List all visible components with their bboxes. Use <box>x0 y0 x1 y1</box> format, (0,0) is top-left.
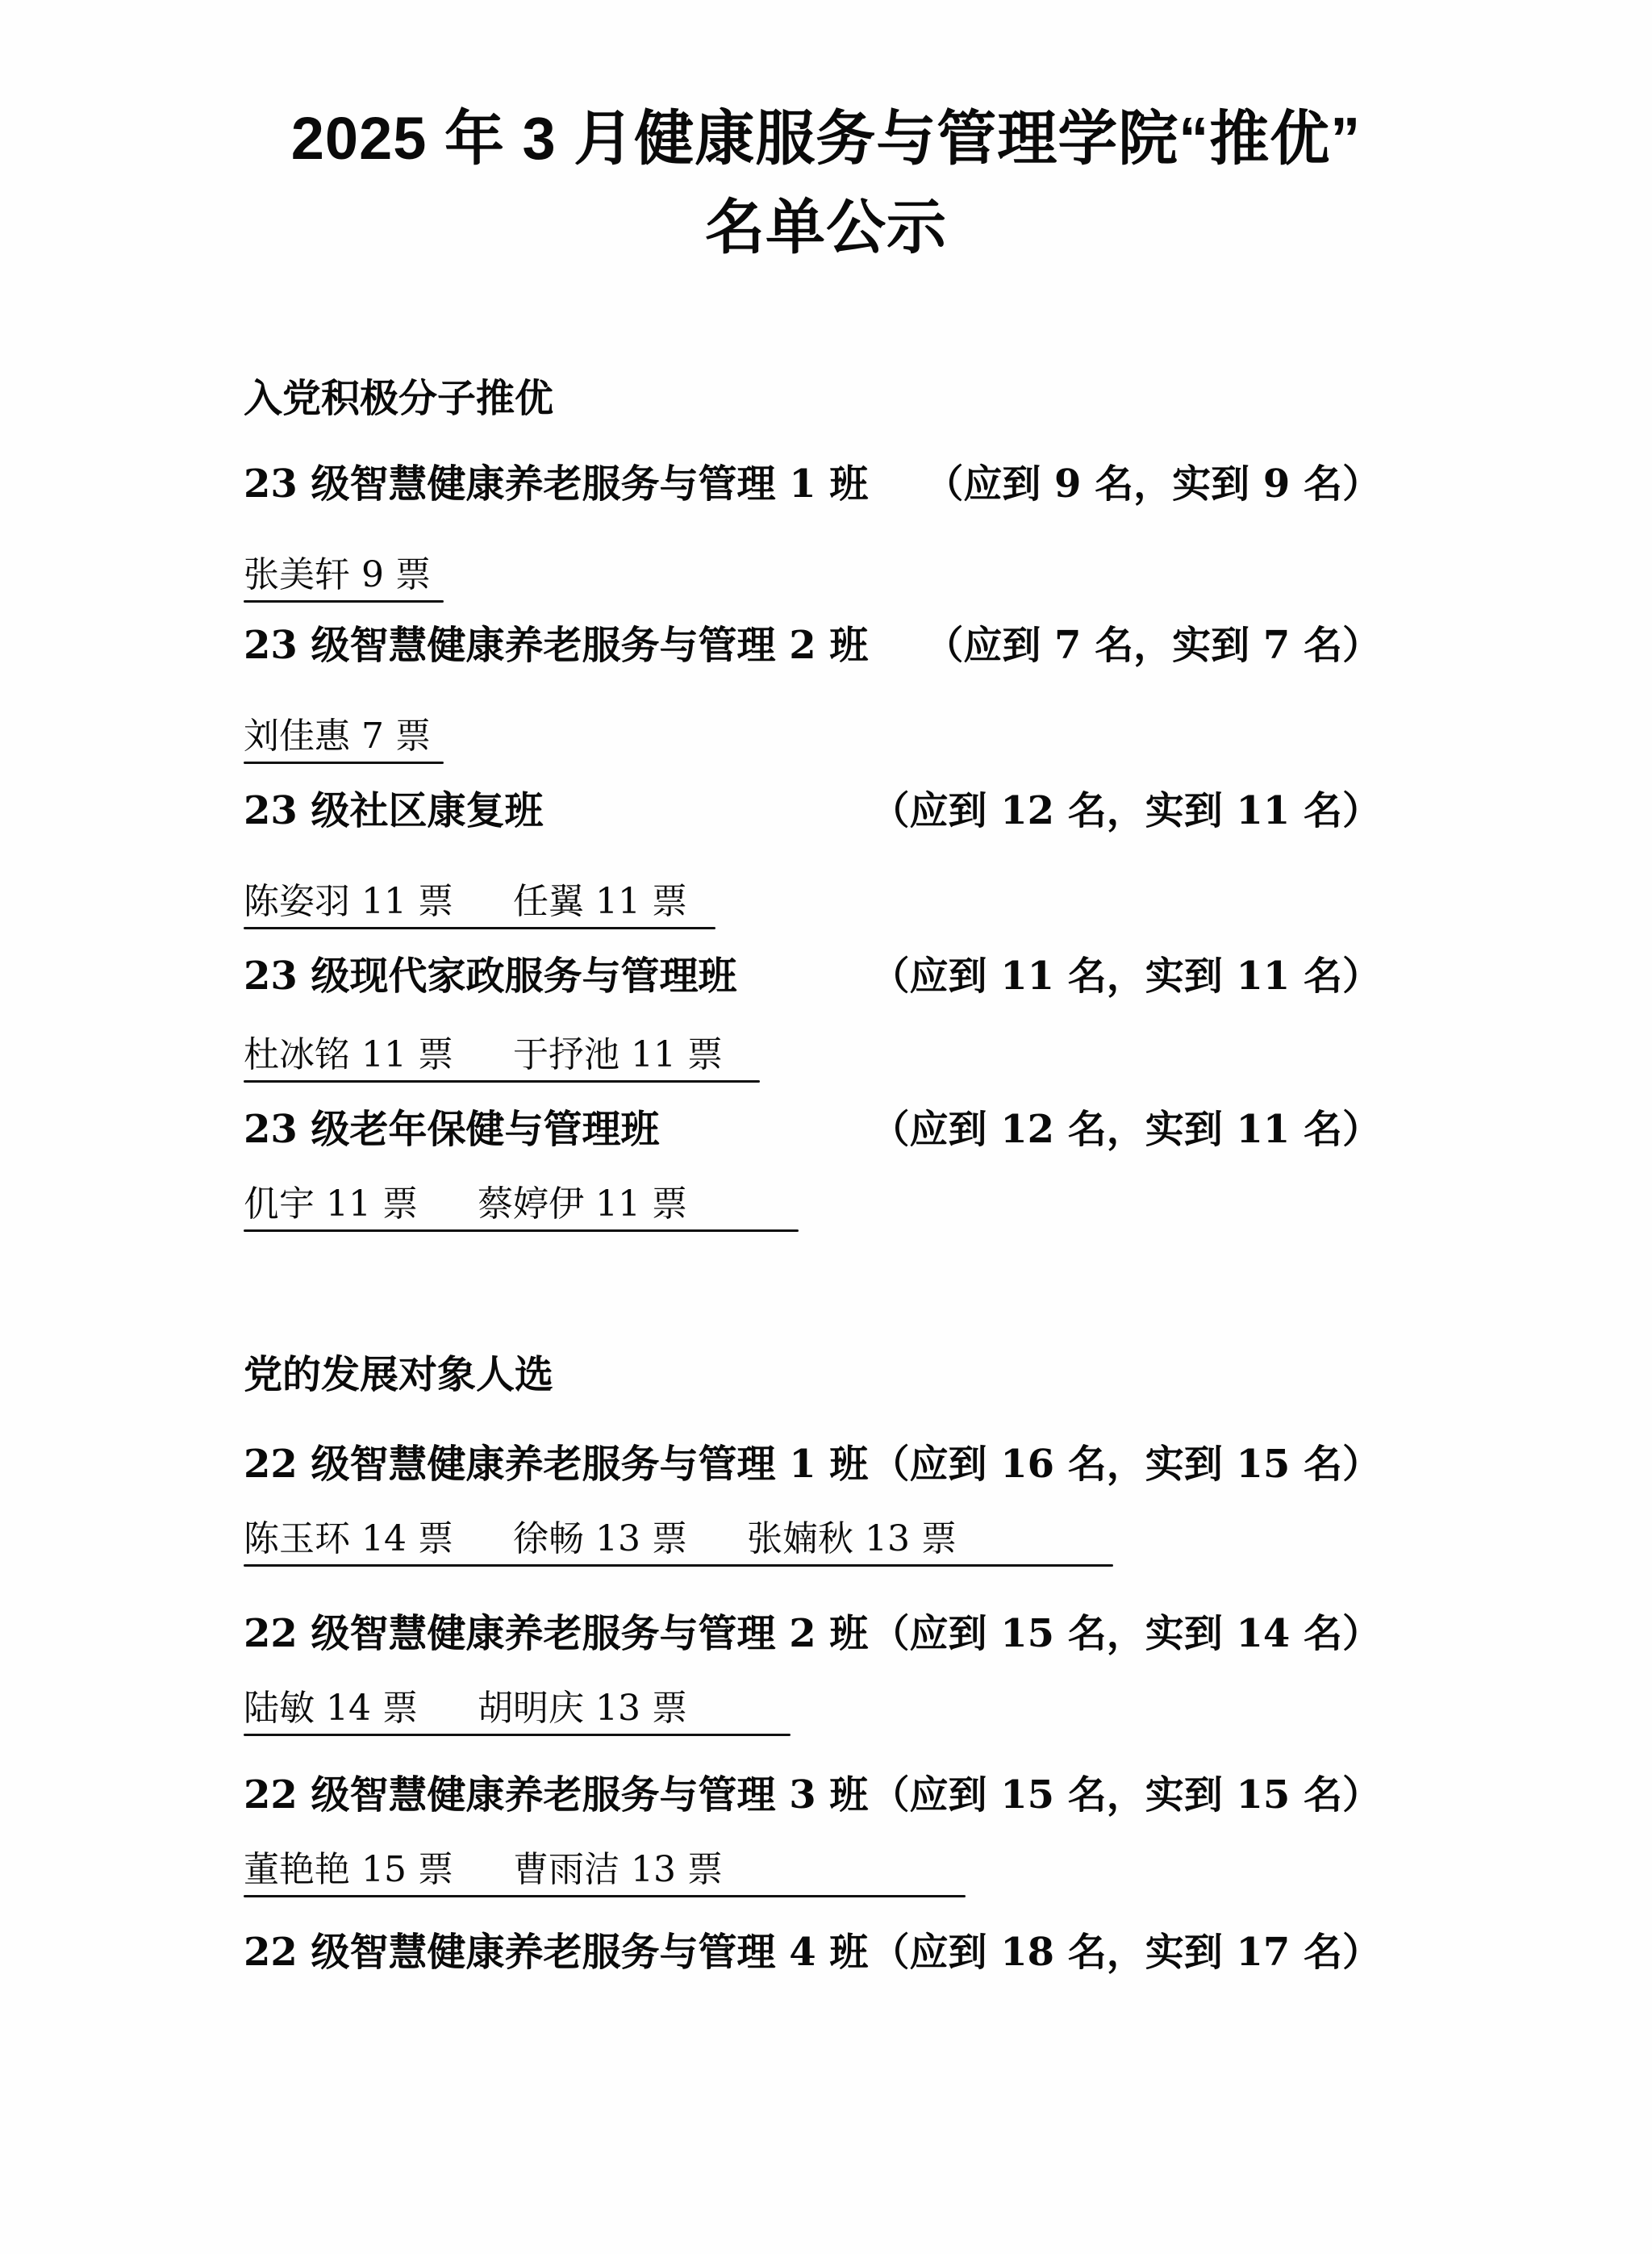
underline <box>244 1080 760 1083</box>
attendance-count: （应到 12 名，实到 11 名） <box>871 1105 1381 1154</box>
underline <box>244 1895 966 1897</box>
attendance-count: （应到 15 名，实到 15 名） <box>871 1771 1381 1819</box>
nominee: 张美轩9 票 <box>244 553 431 598</box>
nominee-name: 张美轩 <box>244 554 350 595</box>
underline <box>244 927 715 929</box>
class-name: 22 级智慧健康养老服务与管理 3 班 <box>244 1771 868 1819</box>
nominee-list: 仉宇11 票 蔡婷伊11 票 <box>244 1182 736 1227</box>
attendance-count: （应到 12 名，实到 11 名） <box>871 787 1381 835</box>
class-name: 23 级智慧健康养老服务与管理 2 班 <box>244 621 868 670</box>
class-row: 23 级现代家政服务与管理班 （应到 11 名，实到 11 名） <box>244 952 1381 1000</box>
nominee: 陈玉环14 票 <box>244 1517 453 1562</box>
nominee-votes: 13 票 <box>631 1849 723 1890</box>
nominee-votes: 11 票 <box>631 1034 723 1075</box>
nominee: 徐畅13 票 <box>513 1517 687 1562</box>
nominee: 任翼11 票 <box>513 879 687 925</box>
nominee: 胡明庆13 票 <box>478 1686 687 1731</box>
nominee-votes: 13 票 <box>595 1688 687 1729</box>
nominee-list: 陆敏14 票 胡明庆13 票 <box>244 1686 736 1731</box>
underline <box>244 762 444 764</box>
nominee-votes: 7 票 <box>361 716 431 757</box>
nominee-name: 徐畅 <box>513 1518 584 1559</box>
nominee: 仉宇11 票 <box>244 1182 418 1227</box>
class-row: 22 级智慧健康养老服务与管理 1 班 （应到 16 名，实到 15 名） <box>244 1440 1381 1488</box>
nominee-list: 刘佳惠7 票 <box>244 714 479 759</box>
nominee: 陈姿羽11 票 <box>244 879 453 925</box>
class-name: 23 级老年保健与管理班 <box>244 1105 660 1154</box>
nominee-votes: 11 票 <box>326 1183 418 1225</box>
nominee-votes: 14 票 <box>361 1518 453 1559</box>
nominee: 刘佳惠7 票 <box>244 714 431 759</box>
nominee-name: 胡明庆 <box>478 1688 584 1729</box>
nominee-name: 陈姿羽 <box>244 881 350 922</box>
class-name: 22 级智慧健康养老服务与管理 1 班 <box>244 1440 868 1488</box>
class-name: 23 级社区康复班 <box>244 787 544 835</box>
nominee-name: 曹雨洁 <box>513 1849 619 1890</box>
nominee-votes: 14 票 <box>326 1688 418 1729</box>
attendance-count: （应到 15 名，实到 14 名） <box>871 1609 1381 1658</box>
nominee-name: 张婻秋 <box>747 1518 853 1559</box>
class-row: 23 级智慧健康养老服务与管理 2 班 （应到 7 名，实到 7 名） <box>244 621 1381 670</box>
attendance-count: （应到 16 名，实到 15 名） <box>871 1440 1381 1488</box>
class-name: 22 级智慧健康养老服务与管理 4 班 <box>244 1928 868 1976</box>
document-title-line1: 2025 年 3 月健康服务与管理学院“推优” <box>0 109 1652 169</box>
nominee-list: 张美轩9 票 <box>244 553 479 598</box>
nominee: 张婻秋13 票 <box>747 1517 957 1562</box>
class-row: 22 级智慧健康养老服务与管理 2 班 （应到 15 名，实到 14 名） <box>244 1609 1381 1658</box>
nominee-votes: 15 票 <box>361 1849 453 1890</box>
nominee: 董艳艳15 票 <box>244 1847 453 1893</box>
class-row: 23 级老年保健与管理班 （应到 12 名，实到 11 名） <box>244 1105 1381 1154</box>
underline <box>244 1564 1113 1567</box>
nominee-list: 陈玉环14 票 徐畅13 票 张婻秋13 票 <box>244 1517 1005 1562</box>
nominee-name: 董艳艳 <box>244 1849 350 1890</box>
nominee-votes: 11 票 <box>361 1034 453 1075</box>
nominee-list: 董艳艳15 票 曹雨洁13 票 <box>244 1847 771 1893</box>
nominee: 蔡婷伊11 票 <box>478 1182 687 1227</box>
class-name: 22 级智慧健康养老服务与管理 2 班 <box>244 1609 868 1658</box>
nominee: 于抒池11 票 <box>513 1033 723 1078</box>
nominee-votes: 13 票 <box>865 1518 957 1559</box>
nominee-votes: 13 票 <box>595 1518 687 1559</box>
section-heading-development-candidates: 党的发展对象人选 <box>244 1355 553 1394</box>
attendance-count: （应到 11 名，实到 11 名） <box>871 952 1381 1000</box>
nominee-list: 陈姿羽11 票 任翼11 票 <box>244 879 736 925</box>
class-row: 22 级智慧健康养老服务与管理 3 班 （应到 15 名，实到 15 名） <box>244 1771 1381 1819</box>
class-row: 23 级社区康复班 （应到 12 名，实到 11 名） <box>244 787 1381 835</box>
nominee-name: 陈玉环 <box>244 1518 350 1559</box>
underline <box>244 600 444 603</box>
attendance-count: （应到 9 名，实到 9 名） <box>924 460 1381 508</box>
class-row: 22 级智慧健康养老服务与管理 4 班 （应到 18 名，实到 17 名） <box>244 1928 1381 1976</box>
attendance-count: （应到 7 名，实到 7 名） <box>924 621 1381 670</box>
nominee-votes: 11 票 <box>361 881 453 922</box>
nominee-name: 任翼 <box>513 881 584 922</box>
underline <box>244 1734 791 1736</box>
nominee-votes: 11 票 <box>595 1183 687 1225</box>
nominee-name: 陆敏 <box>244 1688 315 1729</box>
nominee-name: 刘佳惠 <box>244 716 350 757</box>
nominee: 曹雨洁13 票 <box>513 1847 723 1893</box>
document-page: 2025 年 3 月健康服务与管理学院“推优” 名单公示 入党积极分子推优 23… <box>0 0 1652 2254</box>
underline <box>244 1229 799 1232</box>
document-title-line2: 名单公示 <box>0 198 1652 257</box>
nominee-votes: 9 票 <box>361 554 431 595</box>
class-name: 23 级现代家政服务与管理班 <box>244 952 737 1000</box>
nominee-name: 仉宇 <box>244 1183 315 1225</box>
nominee-name: 于抒池 <box>513 1034 619 1075</box>
nominee: 杜冰铭11 票 <box>244 1033 453 1078</box>
attendance-count: （应到 18 名，实到 17 名） <box>871 1928 1381 1976</box>
section-heading-activists: 入党积极分子推优 <box>244 379 553 418</box>
nominee-name: 蔡婷伊 <box>478 1183 584 1225</box>
class-name: 23 级智慧健康养老服务与管理 1 班 <box>244 460 868 508</box>
nominee-votes: 11 票 <box>595 881 687 922</box>
nominee-list: 杜冰铭11 票 于抒池11 票 <box>244 1033 771 1078</box>
nominee: 陆敏14 票 <box>244 1686 418 1731</box>
nominee-name: 杜冰铭 <box>244 1034 350 1075</box>
class-row: 23 级智慧健康养老服务与管理 1 班 （应到 9 名，实到 9 名） <box>244 460 1381 508</box>
